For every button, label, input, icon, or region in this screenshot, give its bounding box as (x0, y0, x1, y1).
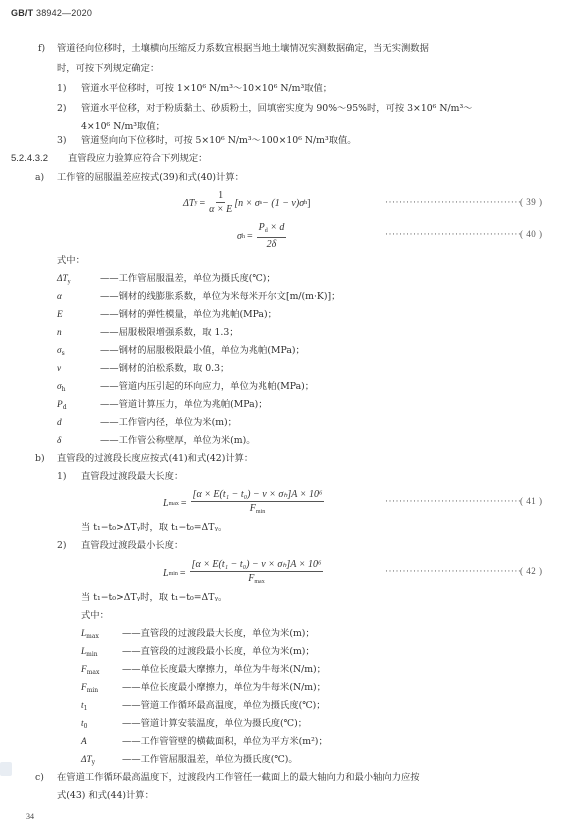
definition-row: ΔTy (57, 273, 71, 288)
equation-41-number: ( 41 ) (520, 496, 543, 506)
equation-40: σh = Pd × d 2δ (237, 222, 288, 251)
item-b2-text: 直管段过渡段最小长度： (81, 540, 183, 552)
item-c-label: c) (35, 772, 44, 784)
item-a-label: a) (35, 172, 44, 184)
where-label-1: 式中： (57, 255, 85, 267)
equation-42-leader: ······································· (385, 566, 521, 576)
section-number: 5.2.4.3.2 (11, 153, 48, 165)
definition-row: n (57, 327, 62, 339)
equation-42-number: ( 42 ) (520, 566, 543, 576)
item-b-label: b) (35, 453, 45, 465)
document-page: GB/T 38942—2020 f) 管道径向位移时，土壤横向压缩反力系数宜根据… (0, 0, 569, 830)
definition-row: Pd (57, 399, 67, 414)
definition-row: Fmax (81, 664, 99, 679)
where-label-2: 式中： (81, 610, 109, 622)
equation-39-leader: ······································· (385, 197, 521, 207)
item-b2-label: 2) (57, 540, 67, 552)
page-number: 34 (26, 812, 34, 821)
item-c-text-line2: 式(43) 和式(44)计算： (57, 790, 154, 802)
equation-40-number: ( 40 ) (520, 229, 543, 239)
definition-row: ΔTy (81, 754, 95, 769)
item-f1-label: 1) (57, 83, 67, 95)
item-a-text: 工作管的屈服温差应按式(39)和式(40)计算： (57, 172, 244, 184)
standard-header: GB/T 38942—2020 (11, 8, 92, 18)
item-f1-text: 管道水平位移时，可按 1×10⁶ N/m³～10×10⁶ N/m³取值； (81, 83, 332, 95)
definition-row: α (57, 291, 62, 303)
section-title: 直管段应力验算应符合下列规定： (68, 153, 207, 165)
condition-text-2: 当 t₁−t₀>ΔTᵧ时，取 t₁−t₀=ΔTᵧ。 (81, 592, 227, 604)
standard-number: 38942—2020 (36, 8, 92, 18)
definition-row: E (57, 309, 63, 321)
equation-41-leader: ······································· (385, 496, 521, 506)
item-f2-text-line1: 管道水平位移，对于粉质黏土、砂质粉土，回填密实度为 90%～95%时，可按 3×… (81, 103, 472, 115)
definition-row: A (81, 736, 87, 748)
side-widget-tab[interactable] (0, 762, 12, 776)
item-f-text-line2: 时，可按下列规定确定： (57, 63, 159, 75)
definition-row: t0 (81, 718, 87, 733)
item-f2-label: 2) (57, 103, 67, 115)
item-b1-label: 1) (57, 471, 67, 483)
definition-row: t1 (81, 700, 87, 715)
equation-41: Lmax = [α × E(t₁ − t₀) − ν × σₕ]A × 10⁶ … (163, 489, 326, 518)
definition-row: Lmin (81, 646, 98, 661)
item-c-text-line1: 在管道工作循环最高温度下，过渡段内工作管任一截面上的最大轴向力和最小轴向力应按 (57, 772, 420, 784)
equation-40-leader: ······································· (385, 229, 521, 239)
definition-row: Fmin (81, 682, 98, 697)
item-f-label: f) (38, 43, 45, 55)
definition-row: σh (57, 381, 65, 396)
definition-row: σs (57, 345, 65, 360)
item-f2-text-line2: 4×10⁶ N/m³取值； (81, 121, 165, 133)
equation-42: Lmin = [α × E(t₁ − t₀) − ν × σₕ]A × 10⁶ … (163, 559, 325, 588)
definition-row: δ (57, 435, 61, 447)
item-b-text: 直管段的过渡段长度应按式(41)和式(42)计算： (57, 453, 253, 465)
standard-code: GB/T (11, 8, 33, 18)
equation-39: ΔTy = 1 α × E [n × σs − (1 − ν)σh ] (183, 190, 310, 216)
item-f3-label: 3) (57, 135, 67, 147)
definition-row: Lmax (81, 628, 99, 643)
item-f3-text: 管道竖向向下位移时，可按 5×10⁶ N/m³～100×10⁶ N/m³取值。 (81, 135, 357, 147)
condition-text-1: 当 t₁−t₀>ΔTᵧ时，取 t₁−t₀=ΔTᵧ。 (81, 522, 227, 534)
definition-row: d (57, 417, 62, 429)
item-b1-text: 直管段过渡段最大长度： (81, 471, 183, 483)
item-f-text-line1: 管道径向位移时，土壤横向压缩反力系数宜根据当地土壤情况实测数据确定，当无实测数据 (57, 43, 429, 55)
definition-row: ν (57, 363, 61, 375)
equation-39-number: ( 39 ) (520, 197, 543, 207)
